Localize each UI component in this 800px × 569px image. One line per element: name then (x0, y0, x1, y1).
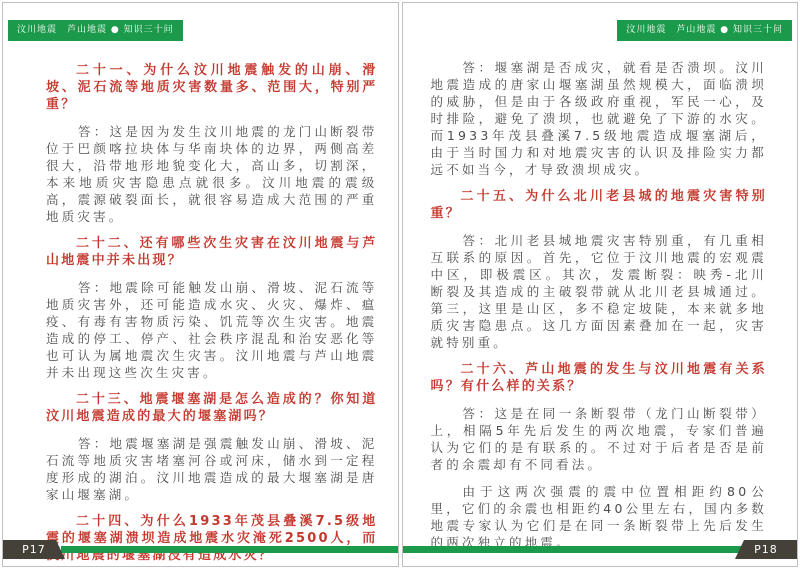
question-22: 二十二、还有哪些次生灾害在汶川地震与芦山地震中并未出现？ (46, 235, 378, 269)
footer-bar-right (403, 546, 743, 553)
page-number-tab-left: P17 (3, 540, 65, 559)
page-right-content: 答：堰塞湖是否成灾，就看是否溃坝。汶川地震造成的唐家山堰塞湖虽然规模大，面临溃坝… (403, 59, 798, 561)
answer-26-p1: 答：这是在同一条断裂带（龙门山断裂带）上，相隔5年先后发生的两次地震，专家们普遍… (431, 405, 768, 473)
question-24: 二十四、为什么1933年茂县叠溪7.5级地震的堰塞湖溃坝造成地震水灾淹死2500… (46, 513, 378, 564)
answer-22: 答：地震除可能触发山崩、滑坡、泥石流等地质灾害外，还可能造成水灾、火灾、爆炸、瘟… (46, 279, 378, 381)
answer-26-p2: 由于这两次强震的震中位置相距约80公里，它们的余震也相距约40公里左右，国内多数… (431, 483, 768, 551)
header-badge-right: 汶川地震 芦山地震 ● 知识三十问 (617, 20, 792, 41)
question-25: 二十五、为什么北川老县城的地震灾害特别重？ (431, 188, 768, 222)
page-number-tab-right: P18 (735, 540, 797, 559)
page-right: 汶川地震 芦山地震 ● 知识三十问 答：堰塞湖是否成灾，就看是否溃坝。汶川地震造… (402, 2, 799, 567)
footer-bar-left (61, 546, 398, 553)
answer-23: 答：地震堰塞湖是强震触发山崩、滑坡、泥石流等地质灾害堵塞河谷或河床，储水到一定程… (46, 435, 378, 503)
question-26: 二十六、芦山地震的发生与汶川地震有关系吗？有什么样的关系？ (431, 361, 768, 395)
answer-24: 答：堰塞湖是否成灾，就看是否溃坝。汶川地震造成的唐家山堰塞湖虽然规模大，面临溃坝… (431, 59, 768, 178)
page-left-content: 二十一、为什么汶川地震触发的山崩、滑坡、泥石流等地质灾害数量多、范围大，特别严重… (3, 59, 398, 567)
header-badge-left: 汶川地震 芦山地震 ● 知识三十问 (8, 20, 183, 41)
question-21: 二十一、为什么汶川地震触发的山崩、滑坡、泥石流等地质灾害数量多、范围大，特别严重… (46, 62, 378, 113)
page-left: 汶川地震 芦山地震 ● 知识三十问 二十一、为什么汶川地震触发的山崩、滑坡、泥石… (2, 2, 399, 567)
answer-25: 答：北川老县城地震灾害特别重，有几重相互联系的原因。首先，它位于汶川地震的宏观震… (431, 232, 768, 351)
book-spread: 汶川地震 芦山地震 ● 知识三十问 二十一、为什么汶川地震触发的山崩、滑坡、泥石… (0, 0, 800, 569)
question-23: 二十三、地震堰塞湖是怎么造成的？你知道汶川地震造成的最大的堰塞湖吗？ (46, 391, 378, 425)
answer-21: 答：这是因为发生汶川地震的龙门山断裂带位于巴颜喀拉块体与华南块体的边界，两侧高差… (46, 123, 378, 225)
